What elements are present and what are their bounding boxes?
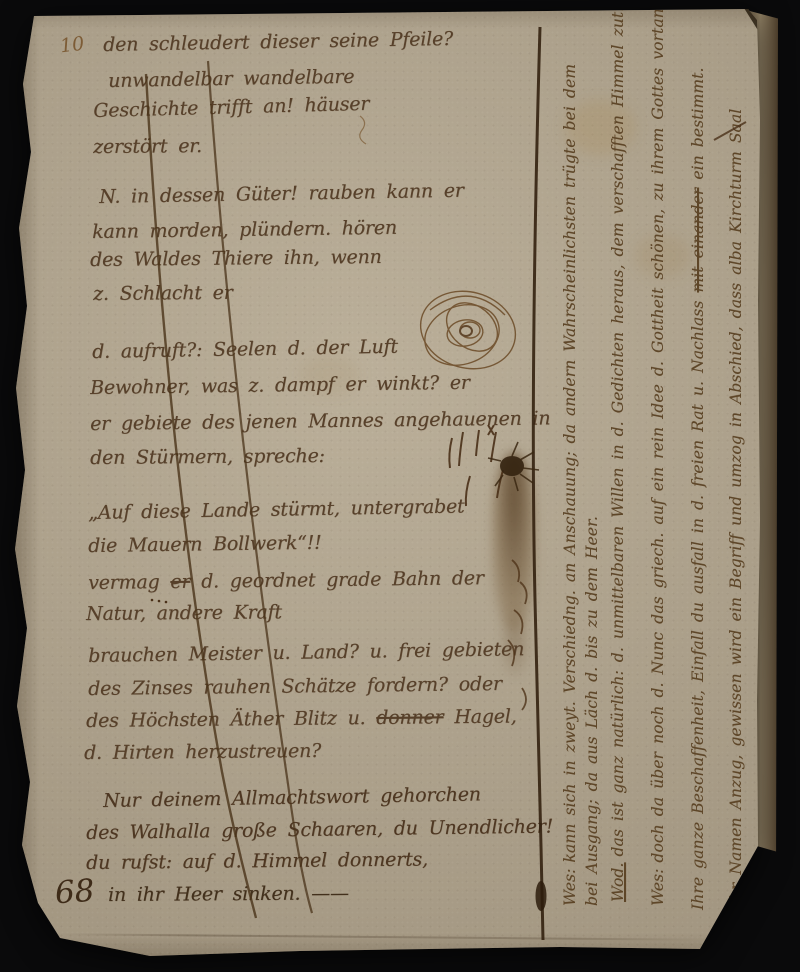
text-line: „Auf diese Lande stürmt, untergrabet xyxy=(88,495,465,524)
ink-smear xyxy=(492,452,536,632)
margin-note-text: doch da über noch d. Nunc das griech. au… xyxy=(649,0,667,863)
text-line: des Walhalla große Schaaren, du Unendlic… xyxy=(86,815,553,844)
struck-word: mit einander xyxy=(689,188,707,293)
ink-flourish xyxy=(360,116,366,144)
ink-blob xyxy=(536,881,547,911)
text-line: den Stürmern, spreche: xyxy=(90,445,325,469)
margin-note-text: Ihr Namen Anzug, gewissen wird ein Begri… xyxy=(727,109,745,907)
ink-scribble xyxy=(412,281,524,379)
page-number-top: 10 xyxy=(59,33,86,58)
margin-note-text: kann sich in zweyt. Verschiedng. an Ansc… xyxy=(561,64,579,863)
text-line: des Höchsten Äther Blitz u. donner Hagel… xyxy=(86,705,517,732)
text-segment: vermag xyxy=(88,571,170,594)
photo-frame: 10 68 den schleudert dieser seine Pfeile… xyxy=(0,0,800,972)
page-number-bottom: 68 xyxy=(54,873,96,912)
struck-word: donner xyxy=(376,706,443,729)
margin-note: Wes:doch da über noch d. Nunc das griech… xyxy=(648,26,670,906)
page-wrap: 10 68 den schleudert dieser seine Pfeile… xyxy=(0,0,800,972)
text-line: N. in dessen Güter! rauben kann er xyxy=(99,180,464,208)
text-line: er gebiete des jenen Mannes angehauenen … xyxy=(90,407,550,435)
text-line: d. aufruft?: Seelen d. der Luft xyxy=(92,336,398,363)
text-line: d. Hirten herzustreuen? xyxy=(84,740,321,764)
text-line: Bewohner, was z. dampf er winkt? er xyxy=(90,372,470,399)
margin-note: Jun.Ihr Namen Anzug, gewissen wird ein B… xyxy=(726,39,748,944)
text-line: des Waldes Thiere ihn, wenn xyxy=(90,246,382,271)
margin-note: Wes:kann sich in zweyt. Verschiedng. an … xyxy=(560,36,582,906)
margin-note-text: Ihre ganze Beschaffenheit, Einfall du au… xyxy=(689,293,707,910)
text-line: zerstört er. xyxy=(93,135,202,158)
margin-note-text: bei Ausgang; da aus Läch d. bis zu dem H… xyxy=(583,516,601,906)
text-line: brauchen Meister u. Land? u. frei gebiet… xyxy=(88,638,524,667)
text-line: Nur deinem Allmachtswort gehorchen xyxy=(103,783,481,812)
margin-note-label: Jun. xyxy=(727,912,745,944)
margin-note-label: Wes: xyxy=(649,869,667,906)
paper-crease xyxy=(60,933,700,941)
text-line: du rufst: auf d. Himmel donnerts, xyxy=(86,848,428,874)
text-line: des Zinses rauhen Schätze fordern? oder xyxy=(88,673,502,700)
corner-fold xyxy=(744,8,762,32)
margin-note: bei Ausgang; da aus Läch d. bis zu dem H… xyxy=(582,346,604,906)
text-line: z. Schlacht er xyxy=(93,282,233,305)
margin-note-label: Wod. xyxy=(609,863,627,902)
text-segment: d. geordnet grade Bahn der xyxy=(190,567,484,593)
text-line: Geschichte trifft an! häuser xyxy=(93,93,369,122)
text-line: vermag er d. geordnet grade Bahn der xyxy=(88,567,484,594)
margin-note-text: das ist ganz natürlich: d. unmittelbaren… xyxy=(609,0,627,857)
margin-note: Ihre ganze Beschaffenheit, Einfall du au… xyxy=(688,10,710,910)
text-line: unwandelbar wandelbare xyxy=(108,66,354,92)
text-line: Natur, andere Kraft xyxy=(86,601,282,625)
struck-word: er xyxy=(170,571,190,593)
text-line: die Mauern Bollwerk“!! xyxy=(88,532,322,557)
text-segment: Hagel, xyxy=(443,705,516,728)
margin-note: Wod.das ist ganz natürlich: d. unmittelb… xyxy=(608,22,630,902)
margin-note-label: Wes: xyxy=(561,869,579,906)
text-segment: des Höchsten Äther Blitz u. xyxy=(86,707,376,732)
manuscript-page: 10 68 den schleudert dieser seine Pfeile… xyxy=(0,0,800,972)
margin-note-text: ein bestimmt. xyxy=(689,68,707,188)
text-line: in ihr Heer sinken. —— xyxy=(108,882,349,906)
text-line: kann morden, plündern. hören xyxy=(92,217,397,243)
text-line: den schleudert dieser seine Pfeile? xyxy=(103,28,453,56)
pen-stroke-vertical xyxy=(533,27,543,940)
